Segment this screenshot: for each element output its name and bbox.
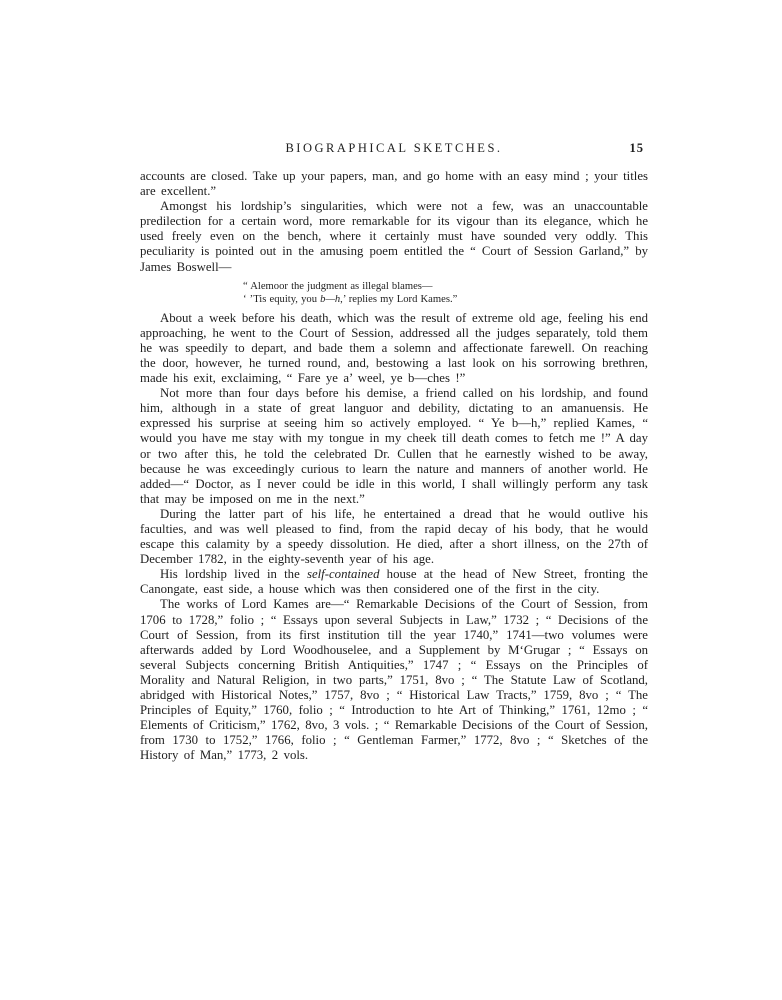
page-number: 15: [630, 141, 645, 156]
paragraph-works-of-lord-kames: The works of Lord Kames are—“ Remarkable…: [140, 597, 648, 763]
text-block: BIOGRAPHICAL SKETCHES. 15 accounts are c…: [140, 141, 648, 763]
paragraph-residence-before: His lordship lived in the: [160, 567, 307, 581]
paragraph-residence: His lordship lived in the self-contained…: [140, 567, 648, 597]
verse-line-2-italic: b—h: [320, 294, 340, 305]
paragraph-latter-part-of-life: During the latter part of his life, he e…: [140, 507, 648, 567]
paragraph-death-farewell: About a week before his death, which was…: [140, 311, 648, 386]
verse-line-2: ‘ ’Tis equity, you b—h,’ replies my Lord…: [243, 293, 648, 306]
paragraph-residence-italic: self-contained: [307, 567, 380, 581]
page-body: accounts are closed. Take up your papers…: [140, 169, 648, 763]
paragraph-demise-amanuensis: Not more than four days before his demis…: [140, 386, 648, 507]
verse-line-2-before: ‘ ’Tis equity, you: [243, 294, 320, 305]
paragraph-singularities: Amongst his lordship’s singularities, wh…: [140, 199, 648, 274]
page-header: BIOGRAPHICAL SKETCHES. 15: [140, 141, 648, 158]
scanned-book-page: BIOGRAPHICAL SKETCHES. 15 accounts are c…: [0, 0, 782, 1000]
verse-line-2-after: ,’ replies my Lord Kames.”: [340, 294, 457, 305]
verse-quote: “ Alemoor the judgment as illegal blames…: [243, 280, 648, 306]
verse-line-1: “ Alemoor the judgment as illegal blames…: [243, 280, 648, 293]
paragraph-accounts-closed: accounts are closed. Take up your papers…: [140, 169, 648, 199]
running-title: BIOGRAPHICAL SKETCHES.: [140, 141, 648, 156]
